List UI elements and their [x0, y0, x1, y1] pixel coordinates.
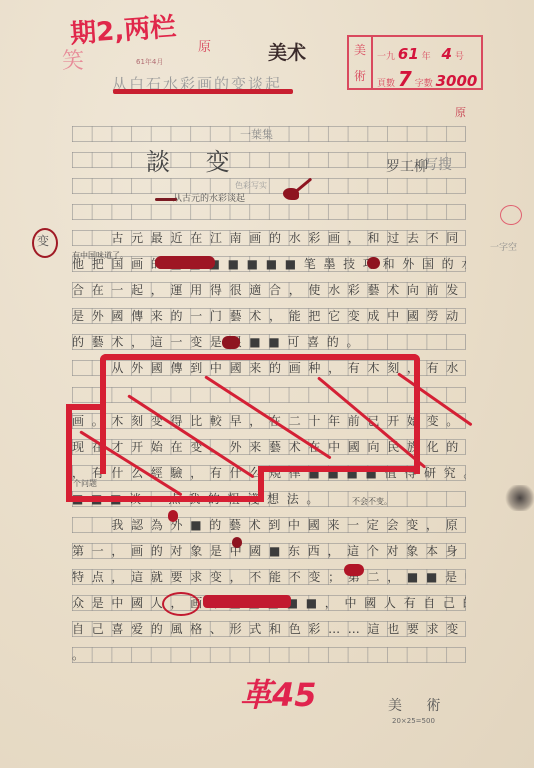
- article-title: 談 变: [146, 142, 244, 177]
- paper-spec: 20×25=500: [392, 717, 435, 725]
- words-value: 3000: [436, 72, 478, 90]
- year-prefix: 一九: [377, 52, 395, 62]
- body-line: 的藝术，這一变是很■■可喜的。: [72, 334, 466, 350]
- margin-note-right: 一字空: [490, 240, 517, 253]
- redaction-blot: [168, 510, 178, 522]
- body-line: 第一，画的对象是中國■东西，這个对象本身具有鲜明的: [72, 543, 466, 559]
- body-line: 是外國傳来的一门藝术，能把它变成中國勞动人民所喜爱: [72, 308, 466, 324]
- author-name: 罗工柳: [386, 156, 428, 176]
- words-label: 字數: [415, 79, 433, 89]
- subtitle-pencil: 色彩写实: [235, 180, 267, 191]
- paper-brand: 美 術: [388, 695, 450, 715]
- original-mark: 原: [198, 36, 211, 55]
- strike-through-title: [113, 89, 293, 94]
- redaction-blot: [203, 595, 291, 608]
- stamp-date-row: 一九 61 年 4 号: [377, 45, 464, 63]
- circled-word: [162, 592, 200, 616]
- right-circle-mark: [500, 205, 522, 225]
- grid-row: [72, 178, 466, 194]
- year-suffix: 年: [422, 52, 431, 62]
- redaction-blot: [232, 537, 242, 548]
- pencil-annotation-top: 一葉集: [240, 126, 273, 142]
- original-mark-right: 原: [455, 104, 466, 120]
- stamp-count-row: 頁數 7 字數 3000: [377, 67, 477, 91]
- body-line: 合在一起，運用得很適合，使水彩藝术向前发展了。水彩画: [72, 282, 466, 298]
- pages-value: 7: [398, 67, 412, 91]
- deleted-block-note: 个问题: [73, 478, 97, 489]
- body-line: 特点，這就要求变，不能不变；第二，■■是中國人，观: [72, 569, 466, 585]
- red-note-layout: 期2,两栏: [69, 6, 177, 50]
- grid-row: [72, 204, 466, 220]
- red-note-faint: 笑: [62, 44, 84, 75]
- stamp-brand: 美 術: [349, 37, 373, 88]
- pages-label: 頁數: [377, 79, 395, 89]
- month-suffix: 号: [455, 52, 464, 62]
- body-line: 古元最近在江南画的水彩画，和过去不同了，变了，: [72, 230, 466, 246]
- body-line: 自己喜爱的風格、形式和色彩……這也要求变，不能不变: [72, 621, 466, 637]
- margin-note-left: 变: [37, 232, 49, 249]
- subtitle-dash-mark: [155, 198, 177, 201]
- month-value: 4: [442, 45, 452, 63]
- body-line: 。: [72, 647, 466, 663]
- deleted-block-step: [258, 466, 420, 476]
- year-value: 61: [398, 45, 419, 63]
- above-line-note: 不会不变。: [352, 496, 392, 507]
- red-page-mark: 革45: [240, 670, 317, 716]
- submission-stamp: 美 術 一九 61 年 4 号 頁數 7 字數 3000: [347, 35, 483, 90]
- section-label: 美术: [268, 38, 306, 65]
- stamp-brand-bottom: 術: [354, 67, 366, 84]
- redaction-blot: [222, 336, 240, 349]
- body-line: 我認為外■的藝术到中國来一定会变，原因很简单：: [72, 517, 466, 533]
- stamp-brand-top: 美: [354, 41, 366, 58]
- pencil-note-right: 写搜: [424, 154, 452, 174]
- redaction-blot: [367, 257, 380, 269]
- manuscript-page: 期2,两栏 笑 原 美术 61年4月 从白石水彩画的变谈起 原 美 術 一九 6…: [0, 0, 534, 768]
- redaction-blot: [155, 256, 215, 269]
- smudge: [505, 485, 534, 511]
- pencil-date: 61年4月: [136, 57, 163, 67]
- body-line: 他把国画的■■■■■■■笔墨技巧和外国的水彩■技巧溶: [72, 256, 466, 272]
- redaction-blot: [344, 564, 364, 576]
